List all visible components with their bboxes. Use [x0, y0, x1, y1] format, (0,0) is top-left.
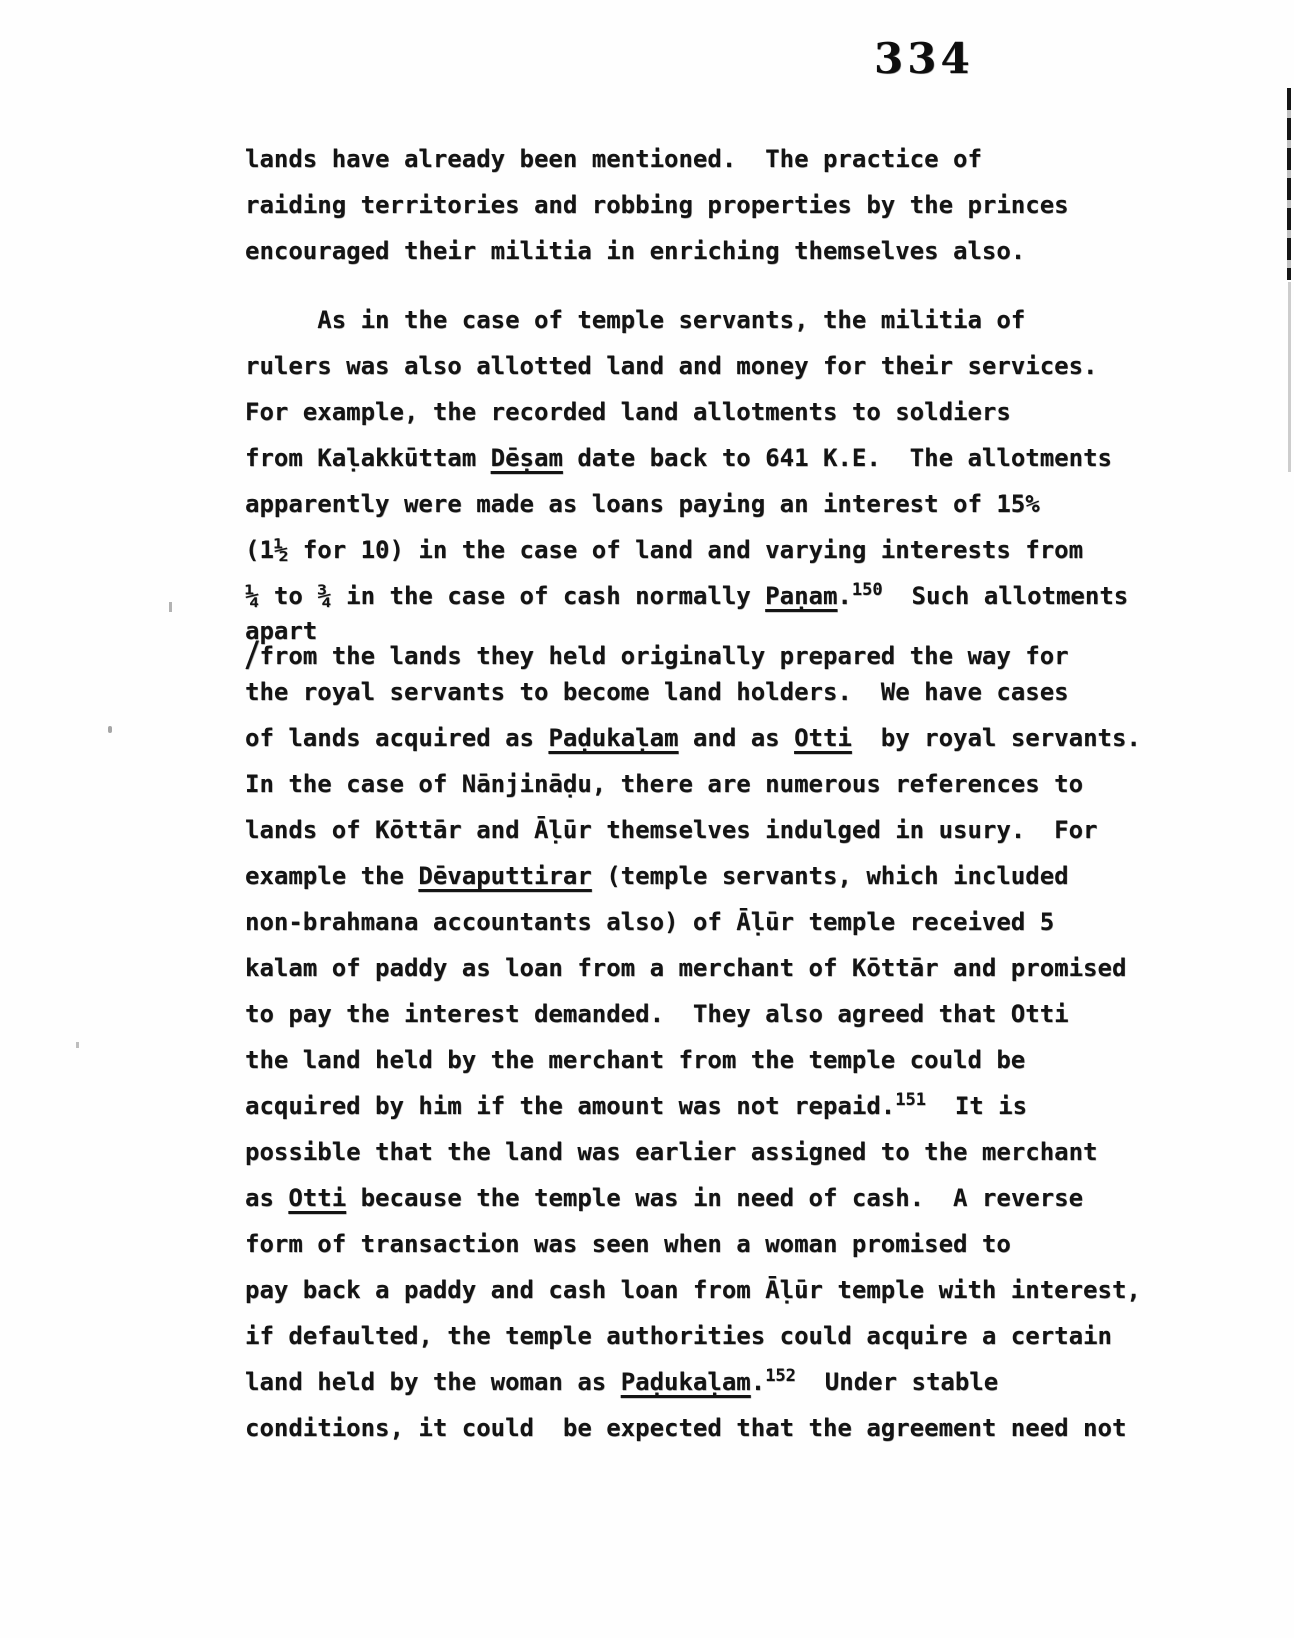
text-line: encouraged their militia in enriching th…: [245, 228, 1141, 274]
footnote-reference: 151: [895, 1090, 926, 1110]
text-segment: (temple servants, which included: [592, 862, 1069, 890]
text-segment: encouraged their militia in enriching th…: [245, 237, 1025, 265]
text-segment: conditions, it could be expected that th…: [245, 1414, 1126, 1442]
underlined-term: Dēṣam: [491, 444, 563, 472]
underlined-term: Dēvaputtirar: [418, 862, 591, 890]
text-line: form of transaction was seen when a woma…: [245, 1221, 1141, 1267]
text-segment: the royal servants to become land holder…: [245, 678, 1069, 706]
text-line: the land held by the merchant from the t…: [245, 1037, 1141, 1083]
text-segment: the land held by the merchant from the t…: [245, 1046, 1025, 1074]
text-line: possible that the land was earlier assig…: [245, 1129, 1141, 1175]
text-segment: As in the case of temple servants, the m…: [245, 306, 1025, 334]
text-segment: It is: [926, 1092, 1027, 1120]
scan-artifact-right-edge-faint: [1288, 282, 1291, 472]
text-line: land held by the woman as Paḍukaḷam.152 …: [245, 1359, 1141, 1405]
text-segment: lands have already been mentioned. The p…: [245, 145, 982, 173]
underlined-term: Paḍukaḷam: [621, 1368, 751, 1396]
scan-artifact-right-edge: [1287, 88, 1291, 280]
text-line: pay back a paddy and cash loan from Āḷūr…: [245, 1267, 1141, 1313]
text-segment: (1½ for 10) in the case of land and vary…: [245, 536, 1083, 564]
text-line: if defaulted, the temple authorities cou…: [245, 1313, 1141, 1359]
text-line: non-brahmana accountants also) of Āḷūr t…: [245, 899, 1141, 945]
text-line: apart: [245, 619, 1141, 644]
page-number: 334: [874, 34, 974, 83]
text-segment: from the lands they held originally prep…: [259, 642, 1068, 670]
text-line: example the Dēvaputtirar (temple servant…: [245, 853, 1141, 899]
text-segment: from Kaḷakkūttam: [245, 444, 491, 472]
text-segment: rulers was also allotted land and money …: [245, 352, 1098, 380]
insertion-caret: /: [244, 637, 261, 673]
text-line: (1½ for 10) in the case of land and vary…: [245, 527, 1141, 573]
text-segment: lands of Kōttār and Āḷūr themselves indu…: [245, 816, 1098, 844]
scan-speck: [108, 726, 112, 733]
text-line: lands of Kōttār and Āḷūr themselves indu…: [245, 807, 1141, 853]
text-line: kalam of paddy as loan from a merchant o…: [245, 945, 1141, 991]
text-segment: In the case of Nānjināḍu, there are nume…: [245, 770, 1083, 798]
scan-speck: [76, 1042, 79, 1048]
text-segment: possible that the land was earlier assig…: [245, 1138, 1098, 1166]
text-line: of lands acquired as Paḍukaḷam and as Ot…: [245, 715, 1141, 761]
text-segment: as: [245, 1184, 288, 1212]
text-line: the royal servants to become land holder…: [245, 669, 1141, 715]
paragraph: As in the case of temple servants, the m…: [245, 297, 1141, 1451]
text-segment: kalam of paddy as loan from a merchant o…: [245, 954, 1126, 982]
paragraph: lands have already been mentioned. The p…: [245, 136, 1141, 274]
text-segment: pay back a paddy and cash loan from Āḷūr…: [245, 1276, 1141, 1304]
text-segment: and as: [678, 724, 794, 752]
footnote-reference: 152: [765, 1366, 796, 1386]
text-segment: non-brahmana accountants also) of Āḷūr t…: [245, 908, 1054, 936]
text-segment: of lands acquired as: [245, 724, 548, 752]
page-body: lands have already been mentioned. The p…: [245, 136, 1141, 1451]
text-line: ¼ to ¾ in the case of cash normally Paṇa…: [245, 573, 1141, 619]
text-line: lands have already been mentioned. The p…: [245, 136, 1141, 182]
scan-speck: [169, 602, 172, 612]
footnote-reference: 150: [852, 580, 883, 600]
text-line: /from the lands they held originally pre…: [245, 644, 1141, 669]
text-line: In the case of Nānjināḍu, there are nume…: [245, 761, 1141, 807]
text-segment: acquired by him if the amount was not re…: [245, 1092, 895, 1120]
text-segment: if defaulted, the temple authorities cou…: [245, 1322, 1112, 1350]
text-segment: land held by the woman as: [245, 1368, 621, 1396]
text-segment: example the: [245, 862, 418, 890]
underlined-term: Otti: [288, 1184, 346, 1212]
text-line: conditions, it could be expected that th…: [245, 1405, 1141, 1451]
underlined-term: Paṇam: [765, 582, 837, 610]
text-line: For example, the recorded land allotment…: [245, 389, 1141, 435]
text-line: to pay the interest demanded. They also …: [245, 991, 1141, 1037]
text-line: apparently were made as loans paying an …: [245, 481, 1141, 527]
text-line: As in the case of temple servants, the m…: [245, 297, 1141, 343]
text-segment: .: [751, 1368, 765, 1396]
text-segment: Under stable: [796, 1368, 998, 1396]
text-segment: .: [837, 582, 851, 610]
text-line: as Otti because the temple was in need o…: [245, 1175, 1141, 1221]
text-segment: to pay the interest demanded. They also …: [245, 1000, 1069, 1028]
text-segment: apparently were made as loans paying an …: [245, 490, 1040, 518]
text-segment: Such allotments: [883, 582, 1129, 610]
scanned-document-page: 334 lands have already been mentioned. T…: [0, 0, 1294, 1638]
underlined-term: Otti: [794, 724, 852, 752]
text-line: from Kaḷakkūttam Dēṣam date back to 641 …: [245, 435, 1141, 481]
text-segment: raiding territories and robbing properti…: [245, 191, 1069, 219]
text-segment: form of transaction was seen when a woma…: [245, 1230, 1011, 1258]
underlined-term: Paḍukaḷam: [548, 724, 678, 752]
text-segment: For example, the recorded land allotment…: [245, 398, 1011, 426]
text-line: acquired by him if the amount was not re…: [245, 1083, 1141, 1129]
text-segment: by royal servants.: [852, 724, 1141, 752]
text-line: raiding territories and robbing properti…: [245, 182, 1141, 228]
text-segment: ¼ to ¾ in the case of cash normally: [245, 582, 765, 610]
text-line: rulers was also allotted land and money …: [245, 343, 1141, 389]
text-segment: because the temple was in need of cash. …: [346, 1184, 1083, 1212]
text-segment: date back to 641 K.E. The allotments: [563, 444, 1112, 472]
